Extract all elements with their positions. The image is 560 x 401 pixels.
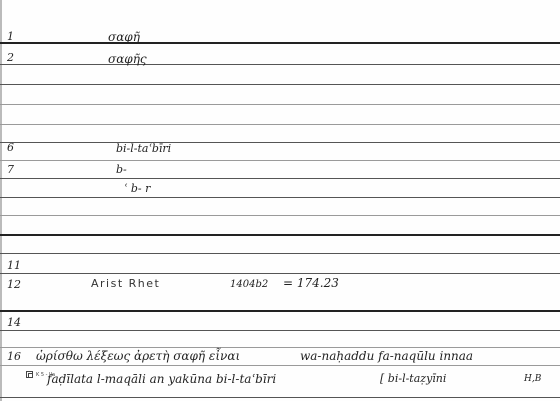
line-number: 16 <box>7 350 21 363</box>
handwritten-reference: 1404b2 <box>230 279 268 290</box>
rule-line <box>0 310 560 312</box>
rule-line <box>0 197 560 198</box>
handwritten-root-letters: ʿ b- r <box>124 182 150 195</box>
handwritten-greek: σαφῆς <box>108 52 147 66</box>
line-number: 12 <box>7 278 21 291</box>
line-number: 1 <box>7 30 14 43</box>
rule-line <box>0 330 560 331</box>
rule-line <box>0 104 560 105</box>
rule-line <box>0 215 560 216</box>
initials: H,B <box>524 374 541 384</box>
line-number: 14 <box>7 316 21 329</box>
rule-line <box>0 178 560 179</box>
handwritten-arabic-transliteration: faḍīlata l-maqāli an yakūna bi-l-taʿbīri <box>47 372 276 386</box>
rule-line <box>0 234 560 236</box>
handwritten-bracket-note: [ bi-l-taẓyīni <box>380 372 446 385</box>
card-edge <box>0 0 2 401</box>
handwritten-arabic-transliteration: bi-l-taʿbīri <box>116 142 171 155</box>
stamp-icon <box>26 371 33 378</box>
line-number: 11 <box>7 259 21 272</box>
handwritten-greek: σαφῆ <box>108 30 140 44</box>
typed-source: Arist Rhet <box>91 277 160 290</box>
rule-line <box>0 160 560 161</box>
rule-line <box>0 253 560 254</box>
rule-line <box>0 397 560 398</box>
line-number: 6 <box>7 141 14 154</box>
rule-line <box>0 64 560 65</box>
rule-line <box>0 347 560 348</box>
archive-stamp: K 5 - IIa <box>26 371 55 378</box>
rule-line <box>0 142 560 143</box>
rule-line <box>0 84 560 85</box>
rule-line <box>0 365 560 366</box>
handwritten-arabic-transliteration: wa-naḥaddu fa-naqūlu innaa <box>300 349 473 363</box>
rule-line <box>0 124 560 125</box>
lexicon-card: 1 σαφῆ 2 σαφῆς 6 bi-l-taʿbīri 7 b- ʿ b- … <box>0 0 560 401</box>
handwritten-arabic-transliteration: b- <box>116 163 127 176</box>
line-number: 2 <box>7 51 14 64</box>
handwritten-equation: = 174.23 <box>283 276 339 290</box>
stamp-label: K 5 - IIa <box>36 372 55 378</box>
rule-line <box>0 42 560 44</box>
rule-line <box>0 273 560 274</box>
handwritten-greek-quote: ὡρίσθω λέξεως ἀρετὴ σαφῆ εἶναι <box>36 349 240 363</box>
line-number: 7 <box>7 163 14 176</box>
